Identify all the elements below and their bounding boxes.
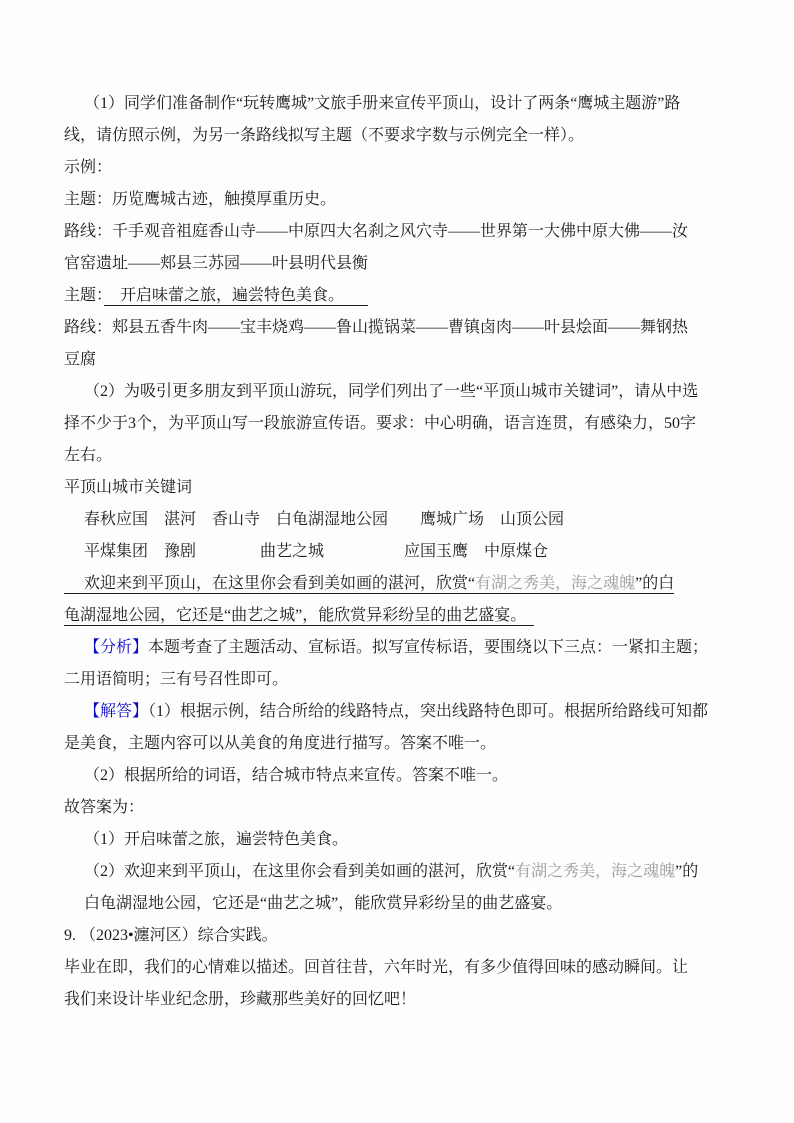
underlined-answer-text: 龟湖湿地公园，它还是“曲艺之城”，能欣赏异彩纷呈的曲艺盛宴。 (64, 607, 534, 626)
text-line: 毕业在即，我们的心情难以描述。回首往昔，六年时光，有多少值得回味的感动瞬间。让 (64, 952, 740, 984)
text-line: 择不少于3个，为平顶山写一段旅游宣传语。要求：中心明确，语言连贯，有感染力，50… (64, 408, 740, 440)
underlined-answer-text: 有湖之秀美，海之魂魄 (475, 575, 635, 594)
text-line: 平顶山城市关键词 (64, 472, 740, 504)
text-line: 线，请仿照示例，为另一条路线拟写主题（不要求字数与示例完全一样）。 (64, 120, 740, 152)
text-line: （1）同学们准备制作“玩转鹰城”文旅手册来宣传平顶山，设计了两条“鹰城主题游”路 (64, 88, 740, 120)
text-segment: 【分析】 (84, 639, 148, 656)
text-segment: 有湖之秀美，海之魂魄 (515, 863, 675, 880)
text-segment: 9. （2023•瀍河区）综合实践。 (64, 927, 278, 944)
document-page: （1）同学们准备制作“玩转鹰城”文旅手册来宣传平顶山，设计了两条“鹰城主题游”路… (64, 88, 740, 1016)
text-line: 欢迎来到平顶山，在这里你会看到美如画的湛河，欣赏“有湖之秀美，海之魂魄”的白 (64, 568, 740, 600)
text-line: 白龟湖湿地公园，它还是“曲艺之城”，能欣赏异彩纷呈的曲艺盛宴。 (64, 888, 740, 920)
text-line: 路线：郏县五香牛肉——宝丰烧鸡——鲁山揽锅菜——曹镇卤肉——叶县烩面——舞钢热 (64, 312, 740, 344)
text-line: 春秋应国 湛河 香山寺 白龟湖湿地公园 鹰城广场 山顶公园 (64, 504, 740, 536)
text-segment: 平煤集团 豫剧 曲艺之城 应国玉鹰 中原煤仓 (84, 543, 548, 560)
text-segment: （2）为吸引更多朋友到平顶山游玩，同学们列出了一些“平顶山城市关键词”，请从中选 (84, 383, 698, 400)
text-segment: 白龟湖湿地公园，它还是“曲艺之城”，能欣赏异彩纷呈的曲艺盛宴。 (84, 895, 562, 912)
text-segment: 示例： (64, 159, 112, 176)
text-segment: 主题： (64, 287, 104, 304)
text-segment: 路线：千手观音祖庭香山寺——中原四大名刹之风穴寺——世界第一大佛中原大佛——汝 (64, 223, 688, 240)
text-segment: 左右。 (64, 447, 112, 464)
text-line: 【分析】本题考查了主题活动、宣标语。拟写宣传标语，要围绕以下三点：一紧扣主题； (64, 632, 740, 664)
text-segment: 二用语简明；三有号召性即可。 (64, 671, 288, 688)
text-segment: 路线：郏县五香牛肉——宝丰烧鸡——鲁山揽锅菜——曹镇卤肉——叶县烩面——舞钢热 (64, 319, 688, 336)
text-segment: 主题：历览鹰城古迹，触摸厚重历史。 (64, 191, 336, 208)
text-line: 主题： 开启味蕾之旅，遍尝特色美食。 (64, 280, 740, 312)
text-segment: 本题考查了主题活动、宣标语。拟写宣传标语，要围绕以下三点：一紧扣主题； (148, 639, 708, 656)
text-segment: 故答案为： (64, 799, 144, 816)
text-line: 豆腐 (64, 344, 740, 376)
text-segment: 【解答】 (84, 703, 148, 720)
text-line: 平煤集团 豫剧 曲艺之城 应国玉鹰 中原煤仓 (64, 536, 740, 568)
text-segment: （1）开启味蕾之旅，遍尝特色美食。 (84, 831, 348, 848)
text-segment: 是美食，主题内容可以从美食的角度进行描写。答案不唯一。 (64, 735, 496, 752)
text-segment: （2）根据所给的词语，结合城市特点来宣传。答案不唯一。 (84, 767, 508, 784)
underlined-answer-text: 开启味蕾之旅，遍尝特色美食。 (104, 287, 368, 306)
text-segment: 线，请仿照示例，为另一条路线拟写主题（不要求字数与示例完全一样）。 (64, 127, 584, 144)
text-segment: （1）同学们准备制作“玩转鹰城”文旅手册来宣传平顶山，设计了两条“鹰城主题游”路 (84, 95, 680, 112)
text-line: 二用语简明；三有号召性即可。 (64, 664, 740, 696)
text-segment: 毕业在即，我们的心情难以描述。回首往昔，六年时光，有多少值得回味的感动瞬间。让 (64, 959, 688, 976)
text-segment: 平顶山城市关键词 (64, 479, 192, 496)
text-segment: （1）根据示例，结合所给的线路特点，突出线路特色即可。根据所给路线可知都 (148, 703, 708, 720)
text-segment: 我们来设计毕业纪念册，珍藏那些美好的回忆吧！ (64, 991, 416, 1008)
text-segment: 择不少于3个，为平顶山写一段旅游宣传语。要求：中心明确，语言连贯，有感染力，50… (64, 415, 696, 432)
text-line: 【解答】（1）根据示例，结合所给的线路特点，突出线路特色即可。根据所给路线可知都 (64, 696, 740, 728)
text-segment: 春秋应国 湛河 香山寺 白龟湖湿地公园 鹰城广场 山顶公园 (84, 511, 564, 528)
text-line: 是美食，主题内容可以从美食的角度进行描写。答案不唯一。 (64, 728, 740, 760)
text-line: （2）根据所给的词语，结合城市特点来宣传。答案不唯一。 (64, 760, 740, 792)
text-line: （2）欢迎来到平顶山，在这里你会看到美如画的湛河，欣赏“有湖之秀美，海之魂魄”的 (64, 856, 740, 888)
text-line: 9. （2023•瀍河区）综合实践。 (64, 920, 740, 952)
underlined-answer-text: ”的白 (635, 575, 674, 594)
text-line: （2）为吸引更多朋友到平顶山游玩，同学们列出了一些“平顶山城市关键词”，请从中选 (64, 376, 740, 408)
text-segment: ”的 (675, 863, 698, 880)
text-line: 主题：历览鹰城古迹，触摸厚重历史。 (64, 184, 740, 216)
text-line: 官窑遗址——郏县三苏园——叶县明代县衡 (64, 248, 740, 280)
text-line: 龟湖湿地公园，它还是“曲艺之城”，能欣赏异彩纷呈的曲艺盛宴。 (64, 600, 740, 632)
document-lines: （1）同学们准备制作“玩转鹰城”文旅手册来宣传平顶山，设计了两条“鹰城主题游”路… (64, 88, 740, 1016)
underlined-answer-text: 欢迎来到平顶山，在这里你会看到美如画的湛河，欣赏“ (64, 575, 475, 594)
text-segment: （2）欢迎来到平顶山，在这里你会看到美如画的湛河，欣赏“ (84, 863, 515, 880)
text-line: 路线：千手观音祖庭香山寺——中原四大名刹之风穴寺——世界第一大佛中原大佛——汝 (64, 216, 740, 248)
text-line: 左右。 (64, 440, 740, 472)
text-line: 我们来设计毕业纪念册，珍藏那些美好的回忆吧！ (64, 984, 740, 1016)
text-line: 故答案为： (64, 792, 740, 824)
text-line: （1）开启味蕾之旅，遍尝特色美食。 (64, 824, 740, 856)
text-segment: 官窑遗址——郏县三苏园——叶县明代县衡 (64, 255, 368, 272)
text-line: 示例： (64, 152, 740, 184)
text-segment: 豆腐 (64, 351, 96, 368)
